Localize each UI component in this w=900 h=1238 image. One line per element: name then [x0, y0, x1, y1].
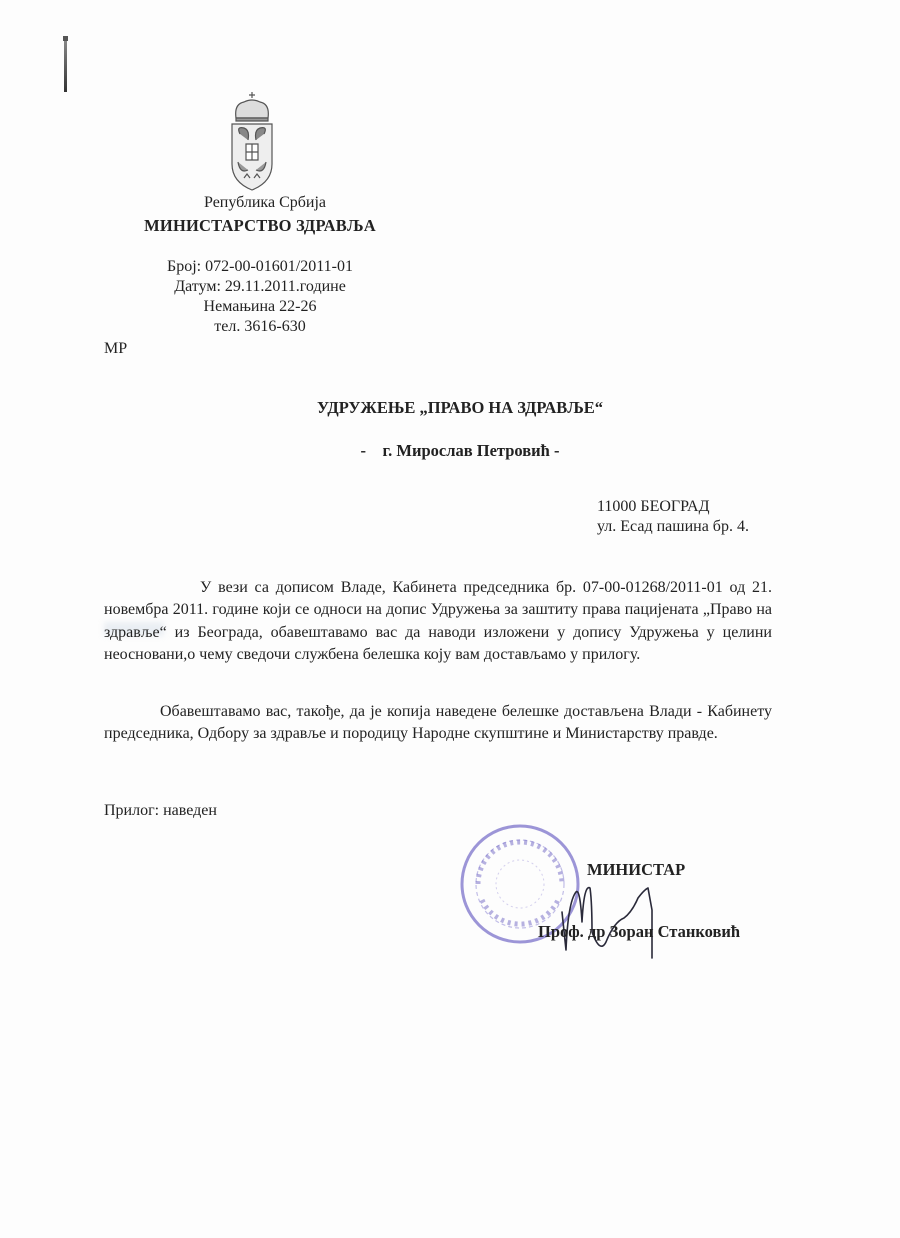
serbia-coat-of-arms-icon	[226, 90, 278, 196]
recipient-city: 11000 БЕОГРАД	[597, 498, 710, 516]
ministry-phone: тел. 3616-630	[140, 318, 380, 336]
attachment-note: Прилог: наведен	[104, 802, 217, 820]
recipient-organization: УДРУЖЕЊЕ „ПРАВО НА ЗДРАВЉЕ“	[250, 398, 670, 418]
body-paragraph-1: У вези са дописом Владе, Кабинета предсе…	[104, 577, 772, 666]
republic-label: Република Србија	[150, 194, 380, 212]
handwritten-signature-icon	[548, 862, 698, 962]
paragraph-text: У вези са дописом Владе, Кабинета предсе…	[104, 577, 772, 666]
document-date: Датум: 29.11.2011.године	[140, 278, 380, 296]
ministry-name: МИНИСТАРСТВО ЗДРАВЉА	[110, 216, 410, 236]
ministry-address: Немањина 22-26	[140, 298, 380, 316]
body-paragraph-2: Обавештавамо вас, такође, да је копија н…	[104, 701, 772, 746]
reference-number: Број: 072-00-01601/2011-01	[140, 258, 380, 276]
recipient-person: - г. Мирослав Петровић -	[250, 441, 670, 461]
office-mark: МР	[104, 340, 127, 358]
scan-mark	[64, 40, 67, 92]
recipient-street: ул. Есад пашина бр. 4.	[597, 518, 749, 536]
paragraph-text: Обавештавамо вас, такође, да је копија н…	[104, 701, 772, 746]
signer-name: Проф. др Зоран Станковић	[538, 922, 740, 942]
